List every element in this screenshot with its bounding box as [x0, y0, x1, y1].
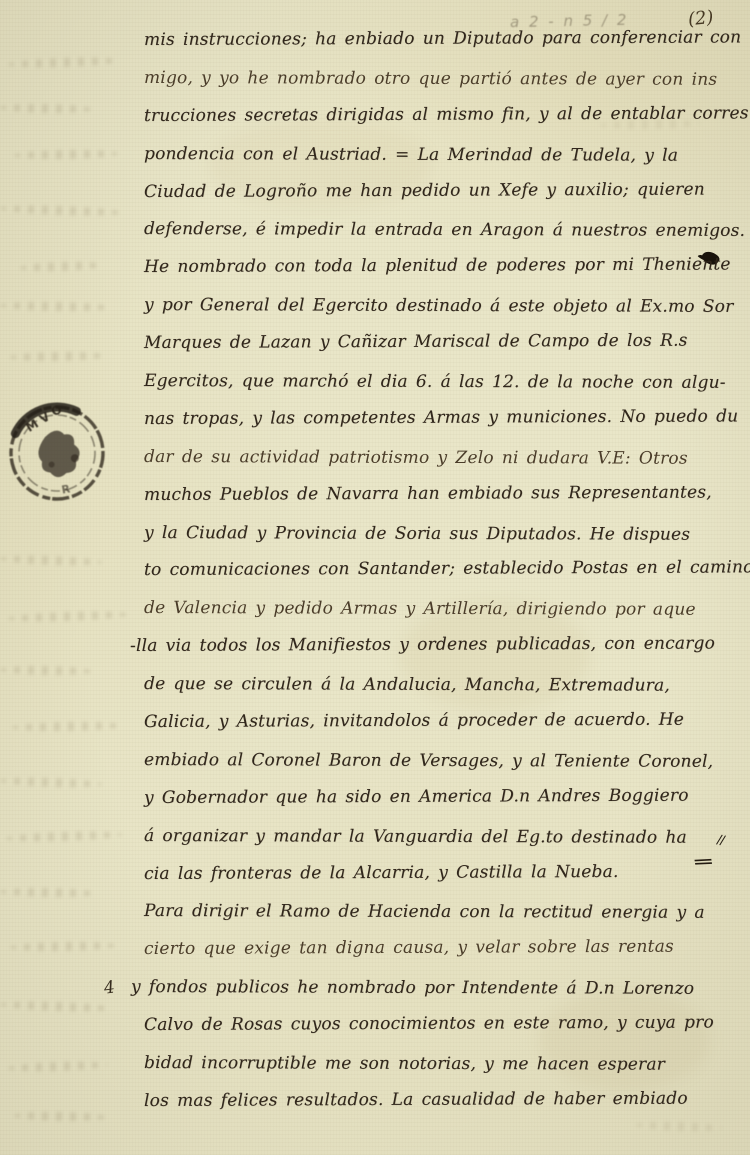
manuscript-line: to comunicaciones con Santander; estable…	[144, 550, 744, 591]
manuscript-line: trucciones secretas dirigidas al mismo f…	[144, 95, 744, 136]
manuscript-line: -lla via todos los Manifiestos y ordenes…	[130, 626, 744, 667]
manuscript-line: embiado al Coronel Baron de Versages, y …	[144, 742, 744, 782]
manuscript-line: y Gobernador que ha sido en America D.n …	[144, 777, 744, 818]
manuscript-line: de Valencia y pedido Armas y Artillería,…	[144, 590, 744, 630]
manuscript-line: pondencia con el Austriad. = La Merindad…	[144, 136, 744, 176]
manuscript-line: Ciudad de Logroño me han pedido un Xefe …	[144, 171, 744, 212]
manuscript-line: Egercitos, que marchó el dia 6. á las 12…	[144, 363, 744, 403]
manuscript-line: muchos Pueblos de Navarra han embiado su…	[144, 474, 744, 515]
manuscript-line: y por General del Egercito destinado á e…	[144, 287, 744, 327]
manuscript-line: los mas felices resultados. La casualida…	[144, 1080, 744, 1121]
bleedthrough-smudge	[14, 149, 118, 160]
manuscript-line: y fondos publicos he nombrado por Intend…	[131, 969, 744, 1009]
bleedthrough-smudge	[8, 610, 128, 623]
bleedthrough-smudge	[10, 941, 116, 952]
manuscript-line: Calvo de Rosas cuyos conocimientos en es…	[144, 1005, 744, 1046]
bleedthrough-smudge	[0, 887, 96, 898]
bleedthrough-smudge	[0, 776, 102, 789]
manuscript-line: dar de su actividad patriotismo y Zelo n…	[144, 439, 744, 479]
bleedthrough-smudge	[6, 830, 122, 843]
manuscript-line: He nombrado con toda la plenitud de pode…	[144, 247, 744, 288]
manuscript-line: defenderse, é impedir la entrada en Arag…	[144, 211, 744, 251]
margin-number: 4	[103, 977, 117, 998]
manuscript-text-block: mis instrucciones; ha enbiado un Diputad…	[144, 22, 744, 1121]
bleedthrough-smudge	[20, 261, 104, 273]
manuscript-page: M V O R a 2 - n 5 / 2 (2) 4 // = mis ins…	[0, 0, 750, 1155]
manuscript-line: Para dirigir el Ramo de Hacienda con la …	[144, 893, 744, 933]
stamp-bottom-letters: R	[60, 482, 71, 496]
manuscript-line: cia las fronteras de la Alcarria, y Cast…	[144, 853, 744, 894]
manuscript-line: y la Ciudad y Provincia de Soria sus Dip…	[144, 515, 744, 555]
archive-stamp-icon: M V O R	[4, 398, 110, 508]
manuscript-line: bidad incorruptible me son notorias, y m…	[144, 1045, 744, 1085]
manuscript-line: Galicia, y Asturias, invitandolos á proc…	[144, 701, 744, 742]
manuscript-line: Marques de Lazan y Cañizar Mariscal de C…	[144, 323, 744, 364]
manuscript-line: de que se circulen á la Andalucia, Manch…	[144, 666, 744, 706]
manuscript-line: migo, y yo he nombrado otro que partió a…	[144, 60, 744, 100]
bleedthrough-smudge	[0, 554, 102, 567]
manuscript-line: mis instrucciones; ha enbiado un Diputad…	[144, 19, 744, 60]
manuscript-line: cierto que exige tan digna causa, y vela…	[144, 929, 744, 970]
bleedthrough-smudge	[10, 351, 106, 362]
bleedthrough-smudge	[8, 56, 120, 69]
bleedthrough-smudge	[0, 1000, 112, 1013]
bleedthrough-smudge	[14, 1111, 106, 1122]
bleedthrough-smudge	[8, 1060, 108, 1072]
bleedthrough-smudge	[0, 665, 92, 676]
manuscript-line: á organizar y mandar la Vanguardia del E…	[144, 818, 744, 858]
bleedthrough-smudge	[0, 301, 112, 312]
bleedthrough-smudge	[636, 1121, 722, 1133]
manuscript-line: nas tropas, y las competentes Armas y mu…	[144, 398, 744, 439]
bleedthrough-smudge	[0, 204, 122, 217]
bleedthrough-smudge	[12, 721, 124, 732]
bleedthrough-smudge	[0, 103, 92, 114]
